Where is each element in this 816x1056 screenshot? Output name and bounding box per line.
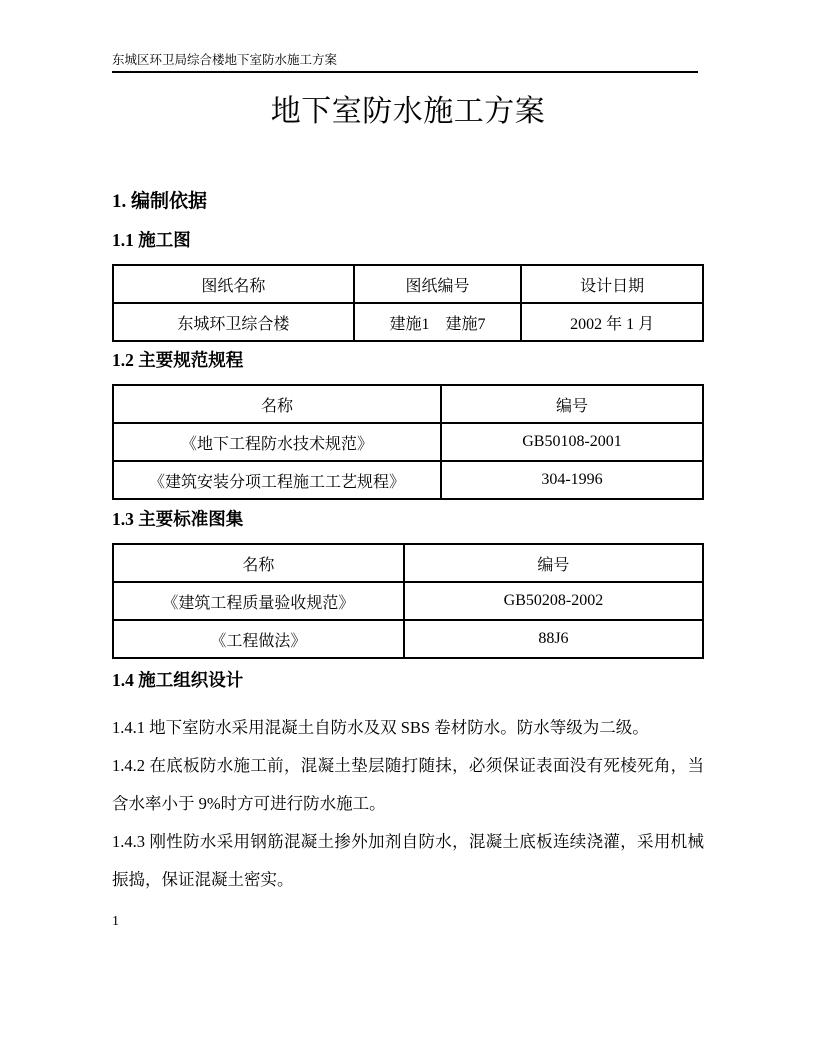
drawings-table: 图纸名称 图纸编号 设计日期 东城环卫综合楼 建施1 建施7 2002 年 1 … [112,264,704,342]
table-cell-code-name: 《地下工程防水技术规范》 [113,423,441,461]
table-cell-atlas-name: 《工程做法》 [113,620,404,658]
table-row: 东城环卫综合楼 建施1 建施7 2002 年 1 月 [113,303,703,341]
table-header-row: 名称 编号 [113,544,703,582]
section-heading-1-3: 1.3 主要标准图集 [112,507,704,531]
codes-table: 名称 编号 《地下工程防水技术规范》 GB50108-2001 《建筑安装分项工… [112,384,704,500]
table-cell-drawing-number: 建施1 建施7 [354,303,522,341]
atlas-table: 名称 编号 《建筑工程质量验收规范》 GB50208-2002 《工程做法》 8… [112,543,704,659]
section-heading-1-1: 1.1 施工图 [112,228,704,252]
paragraph-1-4-2: 1.4.2 在底板防水施工前，混凝土垫层随打随抹，必须保证表面没有死棱死角，当含… [112,747,704,823]
section-1-4-body: 1.4.1 地下室防水采用混凝土自防水及双 SBS 卷材防水。防水等级为二级。 … [112,709,704,899]
table-cell-design-date: 2002 年 1 月 [521,303,703,341]
table-cell-drawing-name: 东城环卫综合楼 [113,303,354,341]
column-header-name: 名称 [113,544,404,582]
table-row: 《地下工程防水技术规范》 GB50108-2001 [113,423,703,461]
table-cell-atlas-number: 88J6 [404,620,703,658]
section-heading-1: 1. 编制依据 [112,188,704,215]
table-header-row: 名称 编号 [113,385,703,423]
table-cell-atlas-number: GB50208-2002 [404,582,703,620]
column-header-drawing-name: 图纸名称 [113,265,354,303]
paragraph-1-4-1: 1.4.1 地下室防水采用混凝土自防水及双 SBS 卷材防水。防水等级为二级。 [112,709,704,747]
column-header-drawing-number: 图纸编号 [354,265,522,303]
page-number: 1 [112,913,704,931]
table-cell-code-name: 《建筑安装分项工程施工工艺规程》 [113,461,441,499]
document-page: 东城区环卫局综合楼地下室防水施工方案 地下室防水施工方案 1. 编制依据 1.1… [0,0,816,1056]
table-row: 《建筑工程质量验收规范》 GB50208-2002 [113,582,703,620]
table-row: 《建筑安装分项工程施工工艺规程》 304-1996 [113,461,703,499]
table-row: 《工程做法》 88J6 [113,620,703,658]
table-cell-code-number: GB50108-2001 [441,423,703,461]
table-cell-code-number: 304-1996 [441,461,703,499]
table-header-row: 图纸名称 图纸编号 设计日期 [113,265,703,303]
section-heading-1-2: 1.2 主要规范规程 [112,348,704,372]
column-header-design-date: 设计日期 [521,265,703,303]
column-header-number: 编号 [404,544,703,582]
paragraph-1-4-3: 1.4.3 刚性防水采用钢筋混凝土掺外加剂自防水，混凝土底板连续浇灌，采用机械振… [112,823,704,899]
column-header-number: 编号 [441,385,703,423]
document-title: 地下室防水施工方案 [112,90,704,134]
section-heading-1-4: 1.4 施工组织设计 [112,668,704,692]
table-cell-atlas-name: 《建筑工程质量验收规范》 [113,582,404,620]
column-header-name: 名称 [113,385,441,423]
running-header: 东城区环卫局综合楼地下室防水施工方案 [112,52,698,73]
